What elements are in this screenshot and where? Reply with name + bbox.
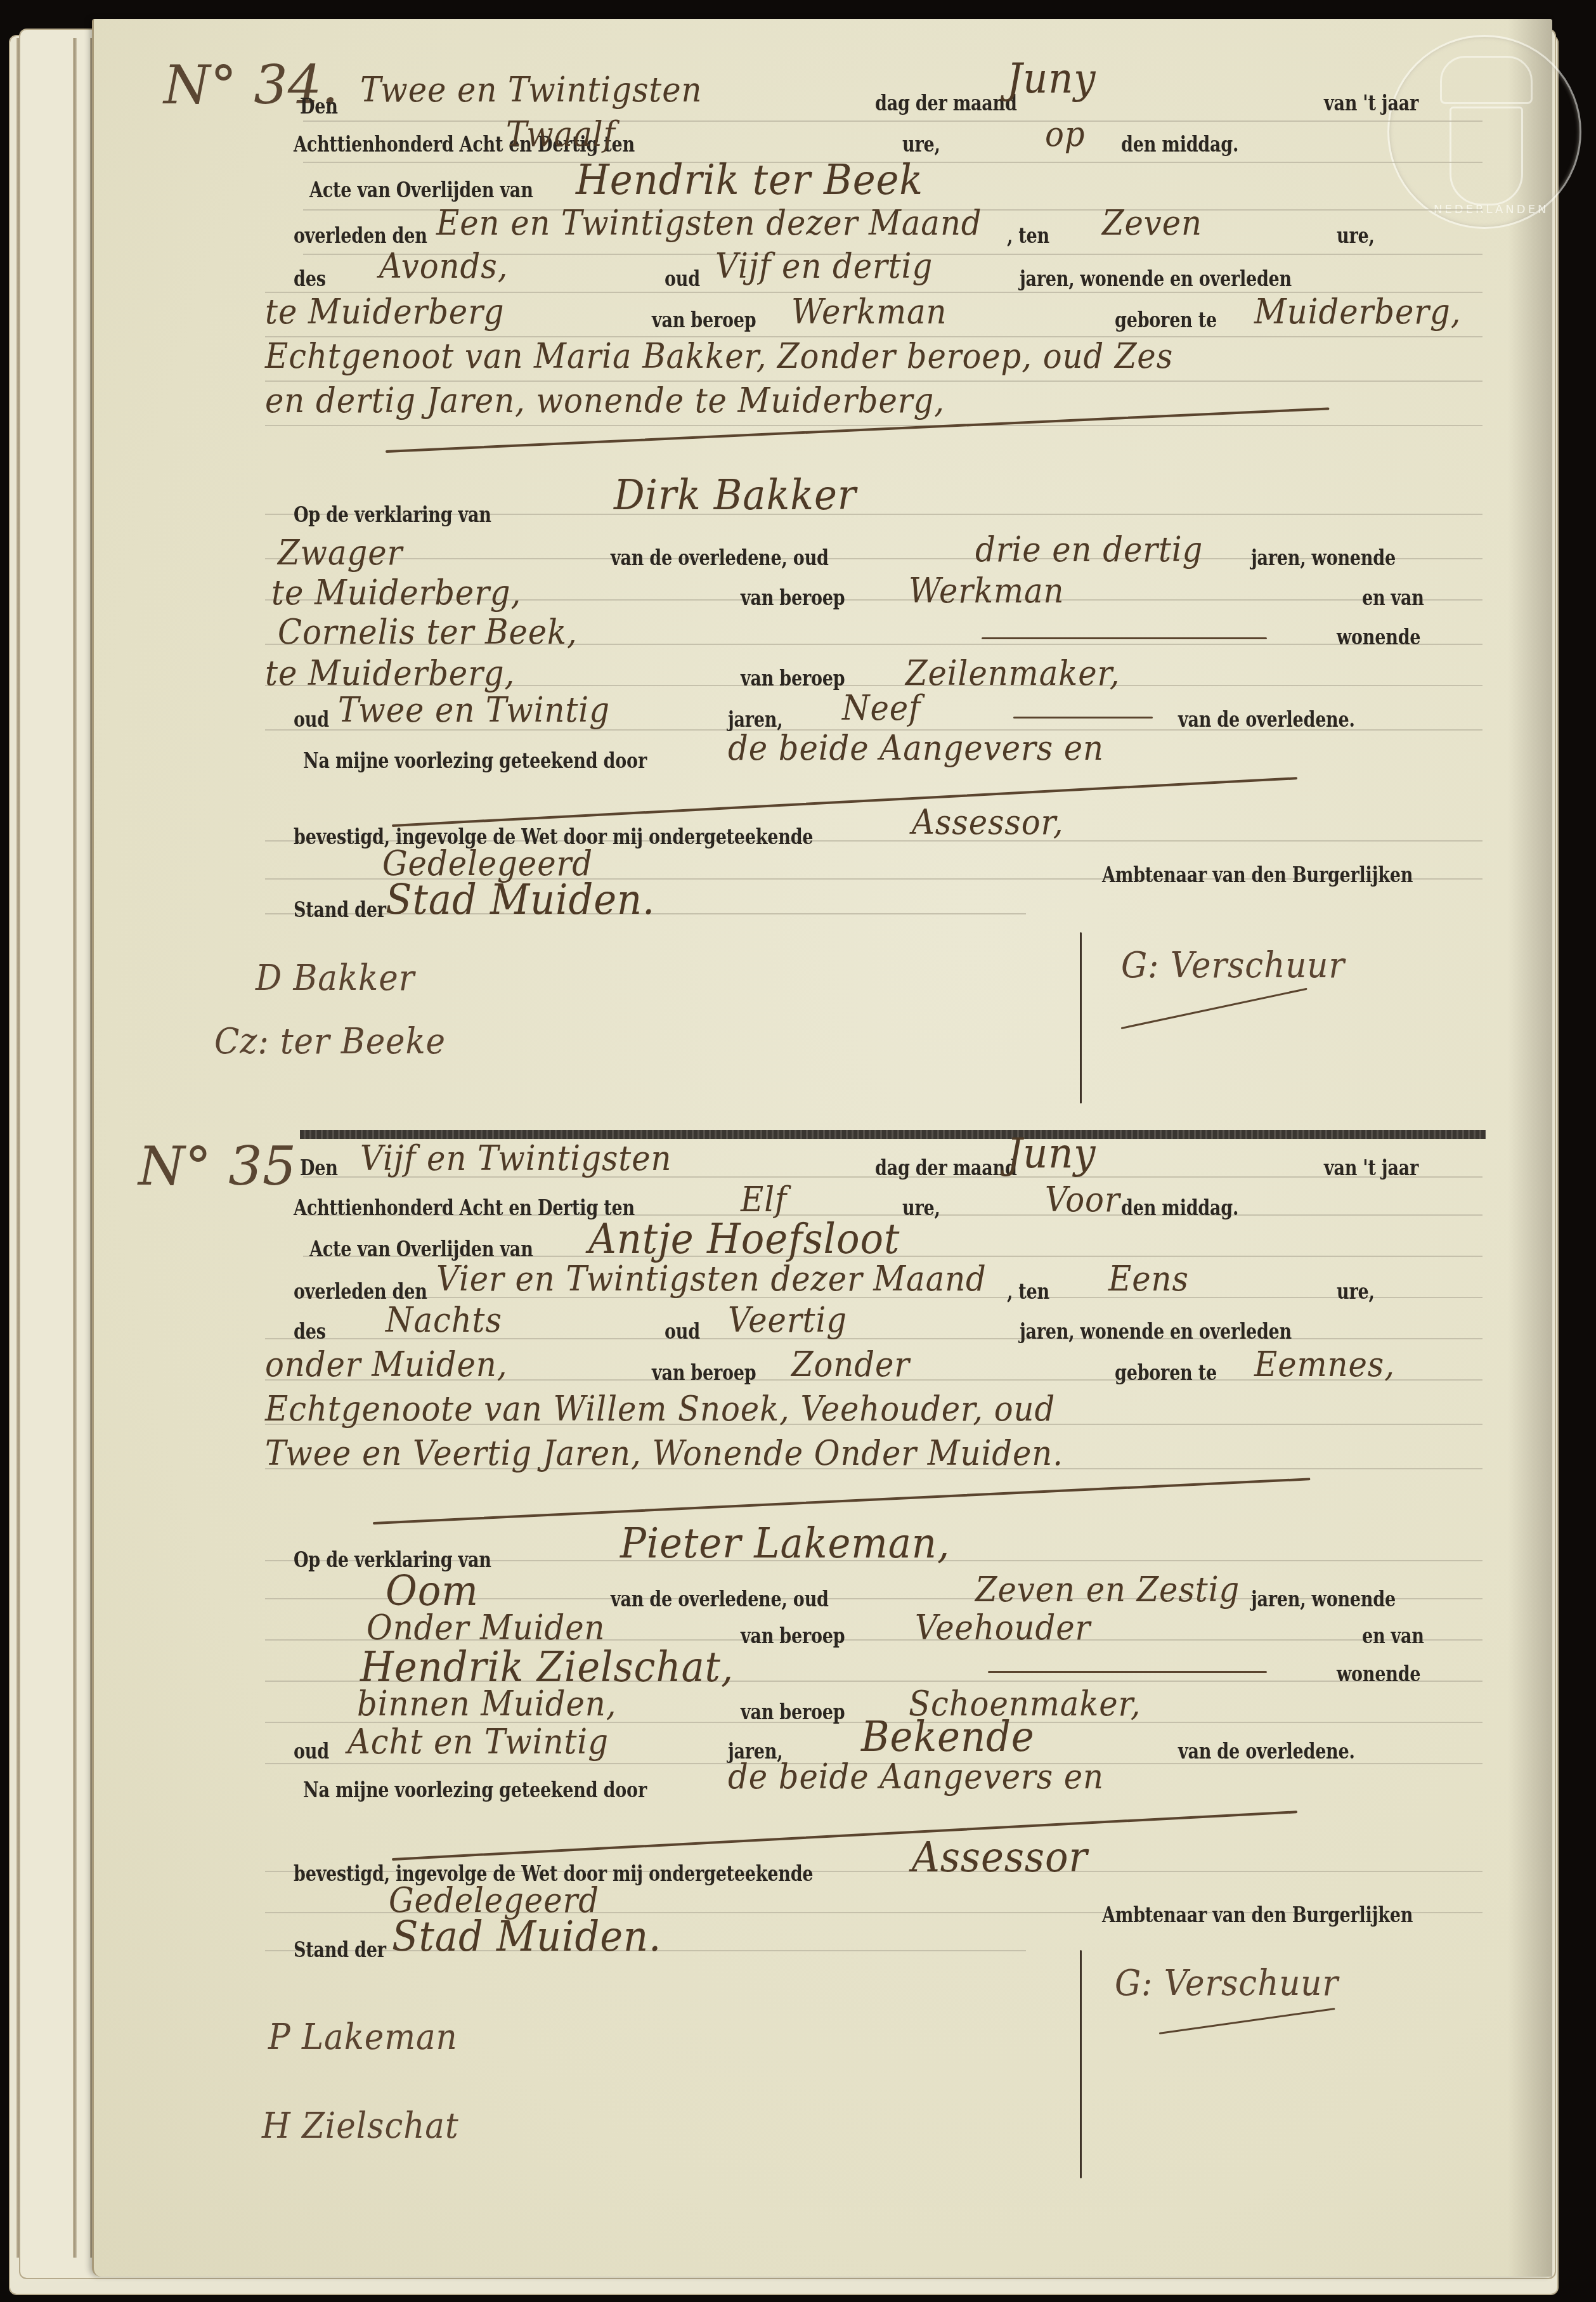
hw-official-title: Assessor, [912,802,1064,842]
label-den-middag: den middag. [1121,1195,1238,1220]
signature-witness-1: D Bakker [256,958,415,999]
signature-divider [1080,932,1082,1103]
hw-deceased-name: Antje Hoefsloot [588,1214,900,1263]
hw-spouse-line-2: en dertig Jaren, wonende te Muiderberg, [265,380,945,420]
label-en-van: en van [1362,1623,1424,1648]
label-des: des [294,266,326,291]
hw-ampm: Voor [1045,1180,1120,1219]
label-des: des [294,1319,326,1344]
signature-witness-2: H Zielschat [262,2105,459,2147]
binding-line [73,38,77,2258]
label-dag-der-maand: dag der maand [875,91,1017,115]
label-geboren-te: geboren te [1115,1360,1217,1385]
label-van-t-jaar: van 't jaar [1324,1155,1418,1180]
label-ure: ure, [902,1195,940,1220]
label-stand-der: Stand der [294,1937,386,1962]
hw-age: Vijf en dertig [715,246,933,286]
label-year: Achttienhonderd Acht en Dertig ten [294,1195,635,1220]
label-den: Den [300,94,338,119]
hw-death-hour: Zeven [1102,203,1202,243]
signature-divider [1080,1950,1082,2178]
hw-day: Twee en Twintigsten [360,70,702,110]
hw-day: Vijf en Twintigsten [360,1138,671,1178]
hw-official-title: Assessor [912,1833,1087,1882]
hw-death-date: Een en Twintigsten dezer Maand [436,203,982,243]
label-van-beroep: van beroep [652,308,756,332]
label-van-de-overledene: van de overledene, oud [611,1587,829,1611]
label-na-mijne-voorlezing: Na mijne voorlezing geteekend door [303,748,647,773]
label-stand-der: Stand der [294,897,386,922]
hw-age: Veertig [728,1300,847,1340]
hw-witness1-name: Dirk Bakker [614,471,857,519]
label-den: Den [300,1155,338,1180]
label-jaren-wonende: jaren, wonende [1251,545,1396,570]
filler-stroke [988,1671,1267,1673]
hw-death-hour: Eens [1108,1259,1189,1299]
label-van-de-overledene: van de overledene. [1178,707,1355,732]
hw-signed-by: de beide Aangevers en [728,1757,1104,1797]
hw-witness2-occupation: Zeilenmaker, [905,653,1120,693]
entry-number: N° 35 [138,1135,296,1197]
label-van-beroep: van beroep [741,1700,845,1724]
hw-witness2-relation: Bekende [861,1712,1035,1761]
hw-month: Juny [1007,54,1096,103]
label-oud: oud [665,266,700,291]
hw-spouse-line: Echtgenoot van Maria Bakker, Zonder bero… [265,336,1173,376]
hw-ampm: op [1045,114,1086,154]
hw-witness2-age: Acht en Twintig [347,1722,609,1762]
label-acte: Acte van Overlijden van [309,1237,533,1261]
label-van-de-overledene: van de overledene, oud [611,545,829,570]
label-van-beroep: van beroep [741,1623,845,1648]
hw-spouse-line-2: Twee en Veertig Jaren, Wonende Onder Mui… [265,1433,1063,1473]
hw-witness2-name: Cornelis ter Beek, [278,612,578,652]
hw-month: Juny [1007,1129,1096,1178]
hw-witness2-relation: Neef [842,688,921,728]
signature-flourish [1159,2008,1335,2034]
hw-witness2-age: Twee en Twintig [338,690,610,730]
hw-witness2-residence: te Muiderberg, [265,653,515,693]
hw-time-of-day: Nachts [386,1300,502,1340]
hw-hour: Twaalf [506,114,616,154]
label-geboren-te: geboren te [1115,308,1217,332]
closing-stroke [392,777,1297,827]
entry-separator [300,1130,1486,1139]
label-van-de-overledene: van de overledene. [1178,1739,1355,1764]
hw-occupation: Zonder [791,1344,910,1384]
hw-witness1-residence: te Muiderberg, [271,573,521,613]
label-ure: ure, [1337,1279,1375,1304]
hw-birthplace: Eemnes, [1254,1344,1395,1384]
hw-city: Stad Muiden. [392,1912,661,1961]
hw-witness1-age: drie en dertig [975,530,1203,569]
label-wonende: wonende [1337,625,1420,649]
page-shadow [1508,19,1552,2277]
label-ure: ure, [902,132,940,157]
signature-witness-2: Cz: ter Beeke [214,1021,446,1062]
register-page: NEDERLANDEN N° 34. Den Twee en Twintigst… [92,19,1552,2277]
label-oud: oud [665,1319,700,1344]
hw-signed-by: de beide Aangevers en [728,728,1104,768]
label-na-mijne-voorlezing: Na mijne voorlezing geteekend door [303,1778,647,1802]
hw-witness1-name: Pieter Lakeman, [620,1519,950,1568]
signature-witness-1: P Lakeman [268,2017,458,2058]
signature-official: G: Verschuur [1115,1963,1339,2004]
signature-flourish [1121,988,1307,1029]
filler-stroke [1013,717,1153,719]
hw-witness2-residence: binnen Muiden, [357,1684,617,1724]
embossed-seal-icon: NEDERLANDEN [1387,35,1581,229]
hw-occupation: Werkman [791,292,947,332]
crown-icon [1440,56,1533,104]
hw-witness1-occupation: Veehouder [915,1608,1091,1648]
filler-stroke [982,637,1267,639]
label-van-beroep: van beroep [652,1360,756,1385]
label-ambtenaar: Ambtenaar van den Burgerlijken [1102,862,1413,887]
label-van-beroep: van beroep [741,666,845,691]
label-acte: Acte van Overlijden van [309,178,533,202]
label-ten: , ten [1007,223,1049,248]
hw-witness1-residence: Onder Muiden [367,1608,605,1648]
label-jaren-wonende: jaren, wonende [1251,1587,1396,1611]
binding-line [16,38,20,2258]
hw-death-date: Vier en Twintigsten dezer Maand [436,1259,987,1299]
label-oud: oud [294,1739,329,1764]
label-en-van: en van [1362,585,1424,610]
hw-birthplace: Muiderberg, [1254,292,1461,332]
label-jaren-wonende: jaren, wonende en overleden [1020,1319,1292,1344]
hw-city: Stad Muiden. [386,875,655,924]
label-op-de-verklaring: Op de verklaring van [294,502,491,527]
hw-residence: te Muiderberg [265,292,505,332]
label-oud: oud [294,707,329,732]
label-den-middag: den middag. [1121,132,1238,157]
closing-stroke [392,1811,1297,1861]
label-jaren-wonende: jaren, wonende en overleden [1020,266,1292,291]
signature-official: G: Verschuur [1121,945,1345,986]
label-van-t-jaar: van 't jaar [1324,91,1418,115]
label-wonende: wonende [1337,1661,1420,1686]
hw-deceased-name: Hendrik ter Beek [576,155,923,204]
label-dag-der-maand: dag der maand [875,1155,1017,1180]
hw-time-of-day: Avonds, [379,246,508,286]
hw-witness1-relation: Zwager [278,533,403,573]
label-ambtenaar: Ambtenaar van den Burgerlijken [1102,1902,1413,1927]
hw-witness1-occupation: Werkman [909,571,1064,611]
label-overleden-den: overleden den [294,223,427,248]
closing-stroke [373,1478,1311,1525]
hw-spouse-line: Echtgenoote van Willem Snoek, Veehouder,… [265,1389,1055,1429]
hw-witness1-age: Zeven en Zestig [975,1570,1240,1609]
label-van-beroep: van beroep [741,585,845,610]
label-ure: ure, [1337,223,1375,248]
hw-residence: onder Muiden, [265,1344,507,1384]
label-ten: , ten [1007,1279,1049,1304]
hw-hour: Elf [741,1180,787,1219]
